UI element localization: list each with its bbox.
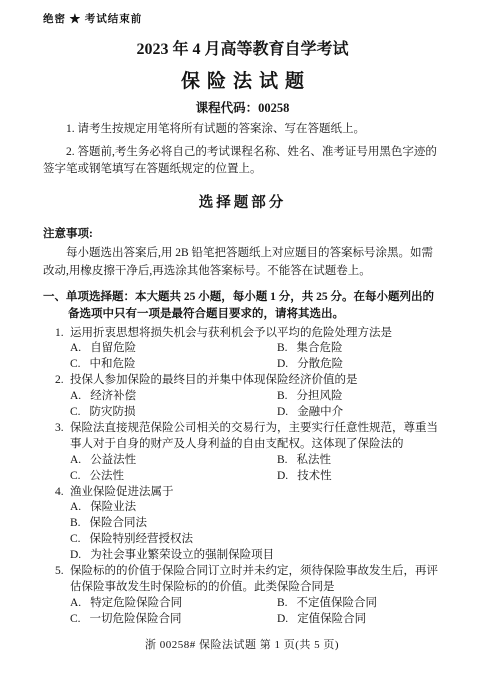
option-label: D.: [277, 357, 288, 373]
paper-title: 保险法试题: [43, 66, 442, 93]
option-c: C.防灾防损: [70, 405, 277, 421]
exam-title: 2023 年 4 月高等教育自学考试: [43, 36, 442, 59]
option-label: C.: [70, 532, 81, 548]
option-d: D.定值保险合同: [277, 612, 442, 628]
option-a: A.公益法性: [70, 453, 277, 469]
option-label: C.: [70, 405, 81, 421]
option-group: A.公益法性B.私法性C.公法性D.技术性: [43, 453, 442, 485]
question-list: 1.运用折衷思想将损失机会与获利机会予以平均的危险处理方法是A.自留危险B.集合…: [43, 326, 442, 628]
notice-body: 每小题选出答案后,用 2B 铅笔把答题纸上对应题目的答案标号涂黑。如需改动,用橡…: [43, 244, 442, 280]
classification-label: 绝密 ★ 考试结束前: [43, 11, 442, 26]
option-label: A.: [70, 596, 81, 612]
option-text: 特定危险保险合同: [90, 597, 182, 609]
option-label: B.: [70, 516, 81, 532]
page-footer: 浙 00258# 保险法试题 第 1 页(共 5 页): [0, 636, 484, 652]
course-code: 课程代码：00258: [43, 98, 442, 116]
option-b: B.私法性: [277, 453, 442, 469]
question-number: 2.: [55, 373, 64, 389]
option-b: B.不定值保险合同: [277, 596, 442, 612]
option-c: C.一切危险保险合同: [70, 612, 277, 628]
question-number: 4.: [55, 485, 64, 501]
option-text: 为社会事业繁荣设立的强制保险项目: [90, 549, 274, 561]
question-stem: 5.保险标的的价值于保险合同订立时并未约定，须待保险事故发生后，再评估保险事故发…: [43, 564, 442, 596]
option-group: A.保险业法B.保险合同法C.保险特别经营授权法D.为社会事业繁荣设立的强制保险…: [43, 500, 442, 564]
question-number: 5.: [55, 564, 64, 580]
option-d: D.分散危险: [277, 357, 442, 373]
option-label: A.: [70, 500, 81, 516]
option-label: A.: [70, 341, 81, 357]
option-label: B.: [277, 389, 288, 405]
option-label: D.: [277, 469, 288, 485]
question-3: 3.保险法直接规范保险公司相关的交易行为，主要实行任意性规范，尊重当事人对于自身…: [43, 421, 442, 485]
part-one-heading: 一、单项选择题：本大题共 25 小题，每小题 1 分，共 25 分。在每小题列出…: [43, 289, 442, 323]
option-d: D.金融中介: [277, 405, 442, 421]
option-c: C.中和危险: [70, 357, 277, 373]
section-heading: 选择题部分: [43, 191, 442, 212]
option-label: A.: [70, 453, 81, 469]
instruction-1: 1. 请考生按规定用笔将所有试题的答案涂、写在答题纸上。: [43, 121, 442, 139]
option-label: D.: [277, 612, 288, 628]
question-text: 运用折衷思想将损失机会与获利机会予以平均的危险处理方法是: [70, 327, 392, 339]
question-stem: 4.渔业保险促进法属于: [43, 485, 442, 501]
question-stem: 3.保险法直接规范保险公司相关的交易行为，主要实行任意性规范，尊重当事人对于自身…: [43, 421, 442, 453]
option-label: A.: [70, 389, 81, 405]
option-group: A.经济补偿B.分担风险C.防灾防损D.金融中介: [43, 389, 442, 421]
option-c: C.公法性: [70, 469, 277, 485]
option-label: D.: [70, 548, 81, 564]
option-a: A.保险业法: [70, 500, 442, 516]
option-group: A.自留危险B.集合危险C.中和危险D.分散危险: [43, 341, 442, 373]
option-text: 分担风险: [297, 390, 343, 402]
option-a: A.特定危险保险合同: [70, 596, 277, 612]
question-number: 3.: [55, 421, 64, 437]
option-group: A.特定危险保险合同B.不定值保险合同C.一切危险保险合同D.定值保险合同: [43, 596, 442, 628]
option-text: 分散危险: [297, 358, 343, 370]
question-4: 4.渔业保险促进法属于A.保险业法B.保险合同法C.保险特别经营授权法D.为社会…: [43, 485, 442, 565]
question-stem: 1.运用折衷思想将损失机会与获利机会予以平均的危险处理方法是: [43, 326, 442, 342]
option-label: B.: [277, 596, 288, 612]
option-text: 私法性: [297, 454, 332, 466]
option-text: 防灾防损: [90, 406, 136, 418]
option-text: 公益法性: [90, 454, 136, 466]
option-b: B.分担风险: [277, 389, 442, 405]
question-text: 渔业保险促进法属于: [70, 486, 174, 498]
option-b: B.保险合同法: [70, 516, 442, 532]
option-label: B.: [277, 341, 288, 357]
instruction-2: 2. 答题前,考生务必将自己的考试课程名称、姓名、准考证号用黑色字迹的签字笔或钢…: [43, 144, 442, 179]
option-d: D.为社会事业繁荣设立的强制保险项目: [70, 548, 442, 564]
option-d: D.技术性: [277, 469, 442, 485]
question-5: 5.保险标的的价值于保险合同订立时并未约定，须待保险事故发生后，再评估保险事故发…: [43, 564, 442, 628]
option-text: 一切危险保险合同: [90, 613, 182, 625]
option-label: D.: [277, 405, 288, 421]
question-1: 1.运用折衷思想将损失机会与获利机会予以平均的危险处理方法是A.自留危险B.集合…: [43, 326, 442, 374]
option-text: 自留危险: [90, 342, 136, 354]
option-label: B.: [277, 453, 288, 469]
option-b: B.集合危险: [277, 341, 442, 357]
question-number: 1.: [55, 326, 64, 342]
question-stem: 2.投保人参加保险的最终目的并集中体现保险经济价值的是: [43, 373, 442, 389]
option-text: 不定值保险合同: [297, 597, 378, 609]
option-text: 集合危险: [297, 342, 343, 354]
option-c: C.保险特别经营授权法: [70, 532, 442, 548]
option-label: C.: [70, 357, 81, 373]
option-text: 保险业法: [90, 501, 136, 513]
question-2: 2.投保人参加保险的最终目的并集中体现保险经济价值的是A.经济补偿B.分担风险C…: [43, 373, 442, 421]
option-text: 技术性: [297, 470, 332, 482]
notice-title: 注意事项:: [43, 225, 442, 241]
option-text: 保险特别经营授权法: [90, 533, 194, 545]
option-text: 公法性: [90, 470, 125, 482]
question-text: 保险法直接规范保险公司相关的交易行为，主要实行任意性规范，尊重当事人对于自身的财…: [70, 422, 438, 450]
option-a: A.自留危险: [70, 341, 277, 357]
option-a: A.经济补偿: [70, 389, 277, 405]
option-text: 中和危险: [90, 358, 136, 370]
option-label: C.: [70, 612, 81, 628]
option-text: 定值保险合同: [297, 613, 366, 625]
option-text: 保险合同法: [90, 517, 148, 529]
exam-page: 绝密 ★ 考试结束前 2023 年 4 月高等教育自学考试 保险法试题 课程代码…: [0, 0, 484, 674]
option-label: C.: [70, 469, 81, 485]
option-text: 金融中介: [297, 406, 343, 418]
question-text: 保险标的的价值于保险合同订立时并未约定，须待保险事故发生后，再评估保险事故发生时…: [70, 565, 438, 593]
option-text: 经济补偿: [90, 390, 136, 402]
question-text: 投保人参加保险的最终目的并集中体现保险经济价值的是: [70, 374, 358, 386]
